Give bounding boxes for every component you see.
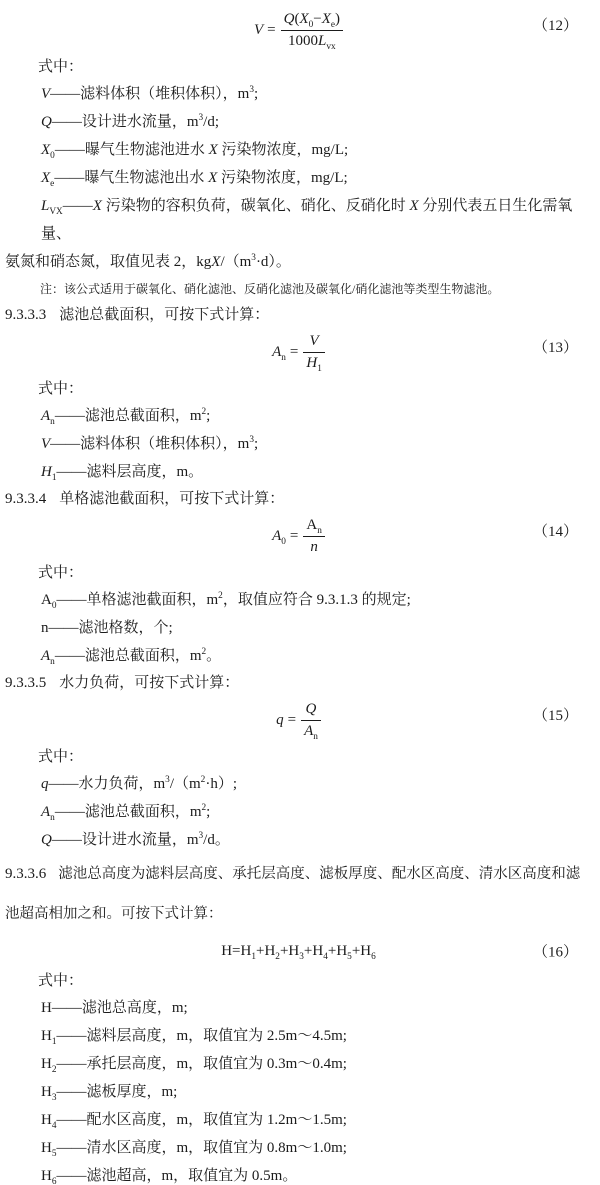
def-item: H1——滤料层高度，m。 — [5, 458, 592, 486]
def-item: H2——承托层高度，m，取值宜为 0.3m～0.4m; — [5, 1050, 592, 1078]
equals-sign: = — [288, 712, 296, 729]
where-label: 式中： — [5, 968, 592, 994]
def-item: An——滤池总截面积，m2; — [5, 798, 592, 826]
formula-number: （15） — [533, 704, 578, 725]
fraction-denominator: H1 — [303, 353, 325, 373]
equals-sign: = — [290, 344, 298, 361]
def-item: An——滤池总截面积，m2; — [5, 402, 592, 430]
section-heading-9-3-3-3: 9.3.3.3滤池总截面积，可按下式计算： — [5, 302, 592, 328]
where-label: 式中： — [5, 560, 592, 586]
fraction: V H1 — [303, 332, 325, 373]
section-paragraph-9-3-3-6: 9.3.3.6滤池总高度为滤料层高度、承托层高度、滤板厚度、配水区高度、清水区高… — [5, 854, 592, 934]
equals-sign: = — [267, 22, 275, 39]
def-item: Q——设计进水流量，m3/d; — [5, 108, 592, 136]
formula-12: V = Q(X0−Xe) 1000Lvx （12） — [5, 6, 592, 54]
paragraph-text: 池超高相加之和。可按下式计算： — [5, 906, 223, 922]
fraction-denominator: 1000Lvx — [281, 31, 343, 51]
fraction-numerator: Q(X0−Xe) — [281, 10, 343, 31]
where-label: 式中： — [5, 54, 592, 80]
formula-14: A0 = An n （14） — [5, 512, 592, 560]
formula-16: H=H1+H2+H3+H4+H5+H6 （16） — [5, 934, 592, 968]
def-item: V——滤料体积（堆积体积），m3; — [5, 430, 592, 458]
fraction-numerator: An — [303, 516, 325, 537]
note-line: 注：该公式适用于碳氧化、硝化滤池、反硝化滤池及碳氧化/硝化滤池等类型生物滤池。 — [5, 276, 592, 302]
fraction: An n — [303, 516, 325, 557]
section-number: 9.3.3.6 — [5, 866, 46, 882]
def-item: H——滤池总高度，m; — [5, 994, 592, 1022]
fraction-denominator: An — [301, 721, 321, 741]
def-item: V——滤料体积（堆积体积），m3; — [5, 80, 592, 108]
formula-number: （16） — [533, 941, 578, 962]
section-number: 9.3.3.4 — [5, 491, 46, 507]
equals-sign: = — [290, 528, 298, 545]
formula-13: An = V H1 （13） — [5, 328, 592, 376]
formula-number: （13） — [533, 336, 578, 357]
where-label: 式中： — [5, 744, 592, 770]
def-item: H3——滤板厚度，m; — [5, 1078, 592, 1106]
formula-number: （12） — [533, 14, 578, 35]
def-item: LVX——X 污染物的容积负荷，碳氧化、硝化、反硝化时 X 分别代表五日生化需氧… — [5, 192, 592, 248]
def-item-continuation: 氨氮和硝态氮，取值见表 2，kgX/（m3·d）。 — [5, 248, 592, 276]
formula-13-lhs: An — [272, 344, 286, 361]
paragraph-line: 池超高相加之和。可按下式计算： — [5, 894, 592, 934]
formula-number: （14） — [533, 520, 578, 541]
fraction-numerator: V — [303, 332, 325, 353]
formula-15: q = Q An （15） — [5, 696, 592, 744]
formula-16-expression: H=H1+H2+H3+H4+H5+H6 — [221, 943, 376, 960]
paragraph-line: 9.3.3.6滤池总高度为滤料层高度、承托层高度、滤板厚度、配水区高度、清水区高… — [5, 854, 592, 894]
where-label: 式中： — [5, 376, 592, 402]
section-number: 9.3.3.3 — [5, 307, 46, 323]
formula-15-lhs: q — [276, 712, 284, 729]
section-title: 滤池总截面积，可按下式计算： — [59, 307, 269, 323]
def-item: H6——滤池超高，m，取值宜为 0.5m。 — [5, 1162, 592, 1185]
section-heading-9-3-3-5: 9.3.3.5水力负荷，可按下式计算： — [5, 670, 592, 696]
fraction: Q An — [301, 700, 321, 741]
section-number: 9.3.3.5 — [5, 675, 46, 691]
section-title: 水力负荷，可按下式计算： — [59, 675, 239, 691]
fraction-denominator: n — [303, 537, 325, 557]
def-item: H4——配水区高度，m，取值宜为 1.2m～1.5m; — [5, 1106, 592, 1134]
def-item: A0——单格滤池截面积，m2，取值应符合 9.3.1.3 的规定; — [5, 586, 592, 614]
document-page: V = Q(X0−Xe) 1000Lvx （12） 式中： V——滤料体积（堆积… — [0, 0, 600, 1185]
formula-14-lhs: A0 — [272, 528, 286, 545]
def-item: X0——曝气生物滤池进水 X 污染物浓度，mg/L; — [5, 136, 592, 164]
def-item: n——滤池格数，个; — [5, 614, 592, 642]
def-item: An——滤池总截面积，m2。 — [5, 642, 592, 670]
formula-12-lhs: V — [254, 22, 263, 39]
def-item: H1——滤料层高度，m，取值宜为 2.5m～4.5m; — [5, 1022, 592, 1050]
def-item: H5——清水区高度，m，取值宜为 0.8m～1.0m; — [5, 1134, 592, 1162]
paragraph-text: 滤池总高度为滤料层高度、承托层高度、滤板厚度、配水区高度、清水区高度和滤 — [58, 866, 580, 882]
section-title: 单格滤池截面积，可按下式计算： — [59, 491, 284, 507]
section-heading-9-3-3-4: 9.3.3.4单格滤池截面积，可按下式计算： — [5, 486, 592, 512]
def-item: q——水力负荷，m3/（m2·h）; — [5, 770, 592, 798]
fraction: Q(X0−Xe) 1000Lvx — [281, 10, 343, 51]
def-item: Xe——曝气生物滤池出水 X 污染物浓度，mg/L; — [5, 164, 592, 192]
def-item: Q——设计进水流量，m3/d。 — [5, 826, 592, 854]
fraction-numerator: Q — [301, 700, 321, 721]
